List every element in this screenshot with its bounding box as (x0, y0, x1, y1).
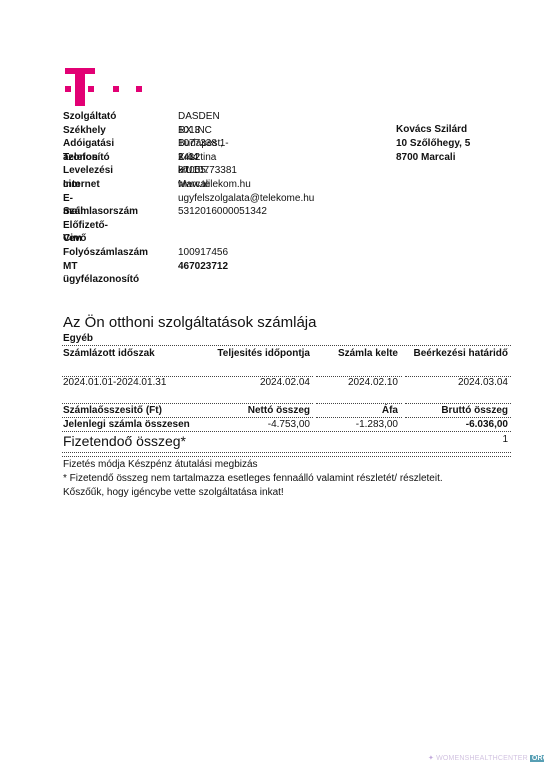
watermark-badge: ORG (530, 755, 544, 762)
header-summary: Számlaősszesitő (Ft) (63, 404, 162, 418)
invoice-title: Az Ön otthoni szolgáltatások számlája (63, 314, 316, 332)
logo-dot (65, 86, 71, 92)
divider (62, 456, 511, 457)
info-label: Folyószámlaszám (63, 246, 148, 260)
payable-footnote: * Fizetendő összeg nem tartalmazza esetl… (63, 472, 443, 486)
watermark-text: WOMENSHEALTHCENTER (436, 755, 528, 762)
header-due-date: Beérkezési határidő (414, 347, 509, 361)
header-net-amount: Nettó összeg (248, 404, 310, 418)
logo-dot (113, 86, 119, 92)
info-label: Cim (63, 232, 82, 246)
customer-city: 8700 Marcali (396, 151, 470, 165)
payable-label: Fizetendoő összeg* (63, 433, 186, 450)
header-invoice-date: Számla kelte (338, 347, 398, 361)
logo-dot (136, 86, 142, 92)
sparkle-icon: ✦ (428, 755, 434, 762)
logo-t-stem (75, 68, 85, 106)
info-label: Szolgáltató (63, 110, 116, 124)
due-date-value: 2024.03.04 (458, 376, 508, 390)
header-gross-amount: Bruttó összeg (441, 404, 508, 418)
info-label: Telefon (63, 151, 98, 165)
info-label: Számlasorszám (63, 205, 138, 219)
logo-dot (88, 86, 94, 92)
vat-value: -1.283,00 (356, 418, 398, 432)
watermark: ✦WOMENSHEALTHCENTERORG (428, 754, 544, 762)
divider (62, 345, 511, 346)
header-billing-period: Számlázott időszak (63, 347, 155, 361)
payable-value: 1 (502, 433, 508, 447)
header-vat: Áfa (382, 404, 398, 418)
customer-address: Kovács Szilárd 10 Szőlőhegy, 5 8700 Marc… (396, 123, 470, 164)
invoice-date-value: 2024.02.10 (348, 376, 398, 390)
current-total-label: Jelenlegi számla összesen (63, 418, 190, 432)
divider (62, 431, 511, 432)
customer-street: 10 Szőlőhegy, 5 (396, 137, 470, 151)
info-value: 467023712 (178, 260, 228, 274)
info-value: www.telekom.hu (178, 178, 251, 192)
info-label: MT ügyfélazonosító (63, 260, 139, 287)
fulfillment-date-value: 2024.02.04 (260, 376, 310, 390)
info-value: 1412 (178, 151, 200, 165)
info-value: ugyfelszolgalata@telekome.hu (178, 192, 314, 206)
net-amount-value: -4.753,00 (268, 418, 310, 432)
customer-name: Kovács Szilárd (396, 123, 470, 137)
thank-you-note: Kőszőűk, hogy igéncybe vette szolgáltatá… (63, 486, 284, 500)
info-label: Székhely (63, 124, 106, 138)
info-value: 100917456 (178, 246, 228, 260)
info-label: Internet (63, 178, 100, 192)
divider (62, 452, 511, 453)
info-value: 5312016000051342 (178, 205, 267, 219)
gross-amount-value: -6.036,00 (466, 418, 508, 432)
payment-method-note: Fizetés módja Készpénz átutalási megbizá… (63, 458, 258, 472)
section-label: Egyéb (63, 332, 93, 346)
header-fulfillment-date: Teljesités időpontja (217, 347, 310, 361)
billing-period-value: 2024.01.01-2024.01.31 (63, 376, 166, 390)
